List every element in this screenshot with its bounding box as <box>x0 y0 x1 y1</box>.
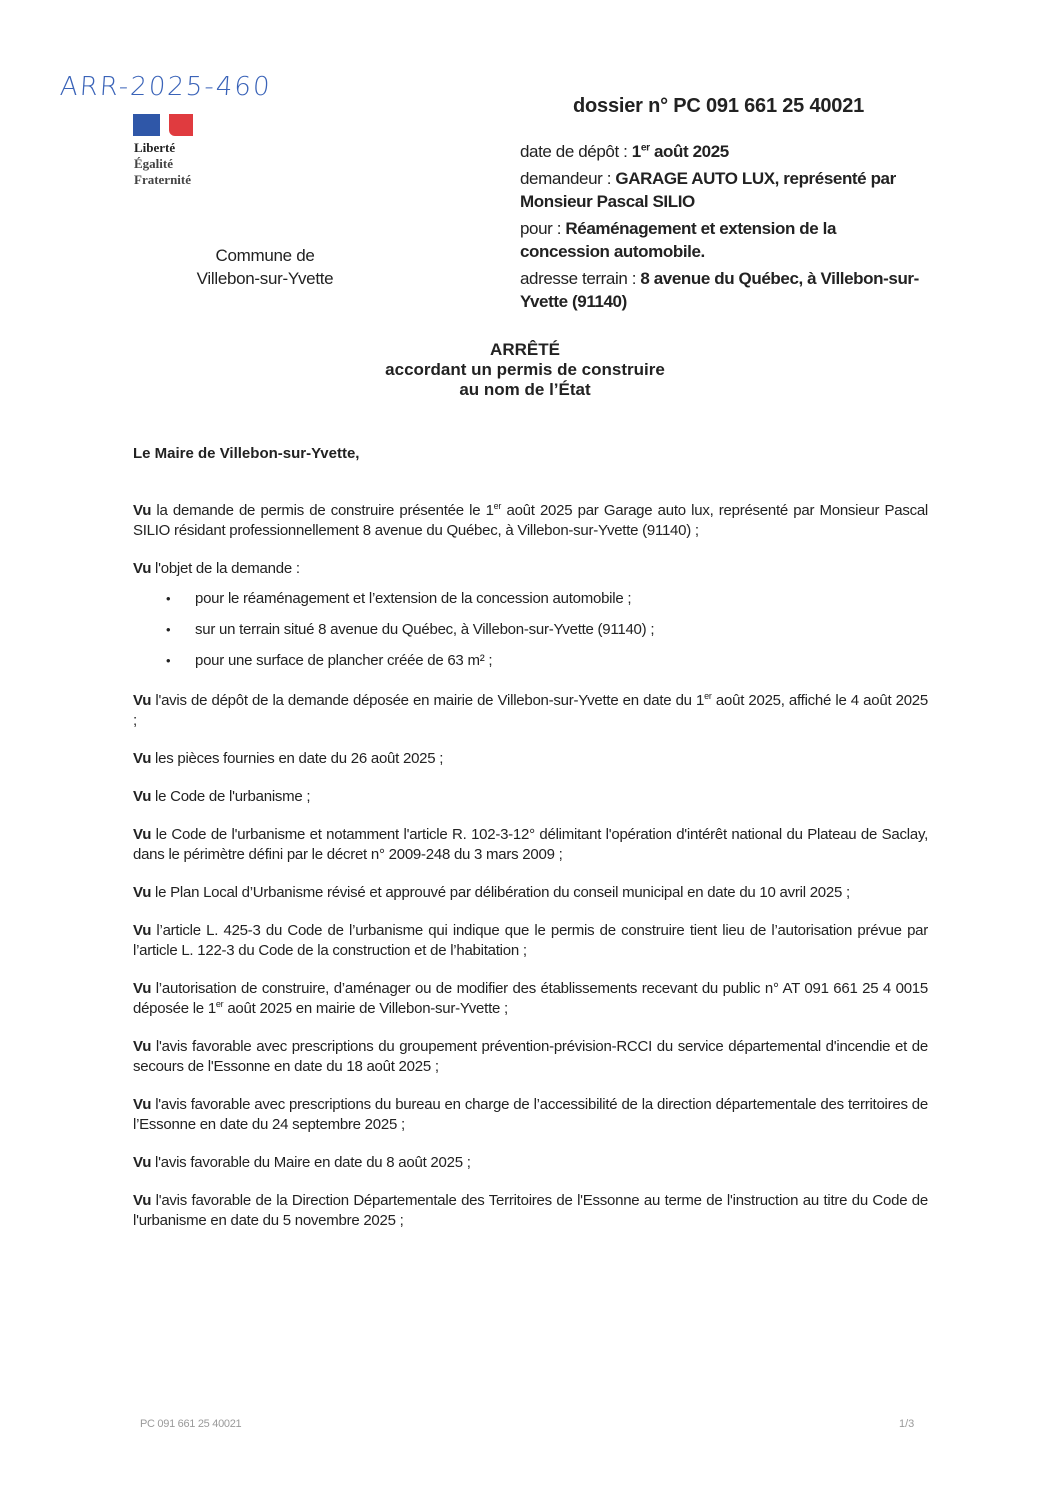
dossier-number: dossier n° PC 091 661 25 40021 <box>573 95 864 118</box>
meta-adresse: adresse terrain : 8 avenue du Québec, à … <box>520 267 920 313</box>
title-arrete: ARRÊTÉ <box>300 340 750 360</box>
flag-white-band <box>160 114 169 136</box>
document-title: ARRÊTÉ accordant un permis de construire… <box>300 340 750 400</box>
meta-demandeur: demandeur : GARAGE AUTO LUX, représenté … <box>520 167 920 213</box>
marianne-logo-icon <box>133 114 193 136</box>
consideration-paragraph: Vu le Code de l'urbanisme et notamment l… <box>133 825 928 865</box>
list-item: pour une surface de plancher créée de 63… <box>133 651 928 671</box>
commune-name: Commune de Villebon-sur-Yvette <box>170 244 360 290</box>
handwritten-reference: ARR-2025-460 <box>59 72 273 102</box>
title-authority: au nom de l’État <box>300 380 750 400</box>
dossier-meta: date de dépôt : 1er août 2025 demandeur … <box>520 140 920 317</box>
consideration-paragraph: Vu les pièces fournies en date du 26 aoû… <box>133 749 928 769</box>
consideration-paragraph: Vu la demande de permis de construire pr… <box>133 501 928 541</box>
maire-heading: Le Maire de Villebon-sur-Yvette, <box>133 445 359 462</box>
meta-pour: pour : Réaménagement et extension de la … <box>520 217 920 263</box>
meta-date-depot: date de dépôt : 1er août 2025 <box>520 140 920 163</box>
commune-label: Commune de <box>170 244 360 267</box>
consideration-paragraph: Vu l'avis de dépôt de la demande déposée… <box>133 691 928 731</box>
consideration-paragraph: Vu l’autorisation de construire, d’aména… <box>133 979 928 1019</box>
considerations-after: Vu l'avis de dépôt de la demande déposée… <box>133 691 928 1231</box>
consideration-paragraph: Vu l'avis favorable du Maire en date du … <box>133 1153 928 1173</box>
title-subject: accordant un permis de construire <box>300 360 750 380</box>
consideration-paragraph: Vu l’article L. 425-3 du Code de l’urban… <box>133 921 928 961</box>
consideration-paragraph: Vu le Code de l'urbanisme ; <box>133 787 928 807</box>
flag-red-band <box>169 114 193 136</box>
consideration-paragraph: Vu le Plan Local d’Urbanisme révisé et a… <box>133 883 928 903</box>
objet-list: pour le réaménagement et l’extension de … <box>133 589 928 671</box>
consideration-paragraph: Vu l'avis favorable de la Direction Dépa… <box>133 1191 928 1231</box>
considerations-body: Vu la demande de permis de construire pr… <box>133 501 928 1249</box>
consideration-paragraph: Vu l'avis favorable avec prescriptions d… <box>133 1095 928 1135</box>
page-number: 1/3 <box>899 1418 914 1430</box>
motto-fraternite: Fraternité <box>134 172 191 188</box>
footer-reference: PC 091 661 25 40021 <box>140 1418 241 1430</box>
republic-motto: Liberté Égalité Fraternité <box>134 140 191 188</box>
commune-city: Villebon-sur-Yvette <box>170 267 360 290</box>
motto-egalite: Égalité <box>134 156 191 172</box>
flag-blue-band <box>133 114 160 136</box>
consideration-paragraph: Vu l'avis favorable avec prescriptions d… <box>133 1037 928 1077</box>
list-item: pour le réaménagement et l’extension de … <box>133 589 928 609</box>
consideration-paragraph: Vu l'objet de la demande : <box>133 559 928 579</box>
list-item: sur un terrain situé 8 avenue du Québec,… <box>133 620 928 640</box>
motto-liberte: Liberté <box>134 140 191 156</box>
